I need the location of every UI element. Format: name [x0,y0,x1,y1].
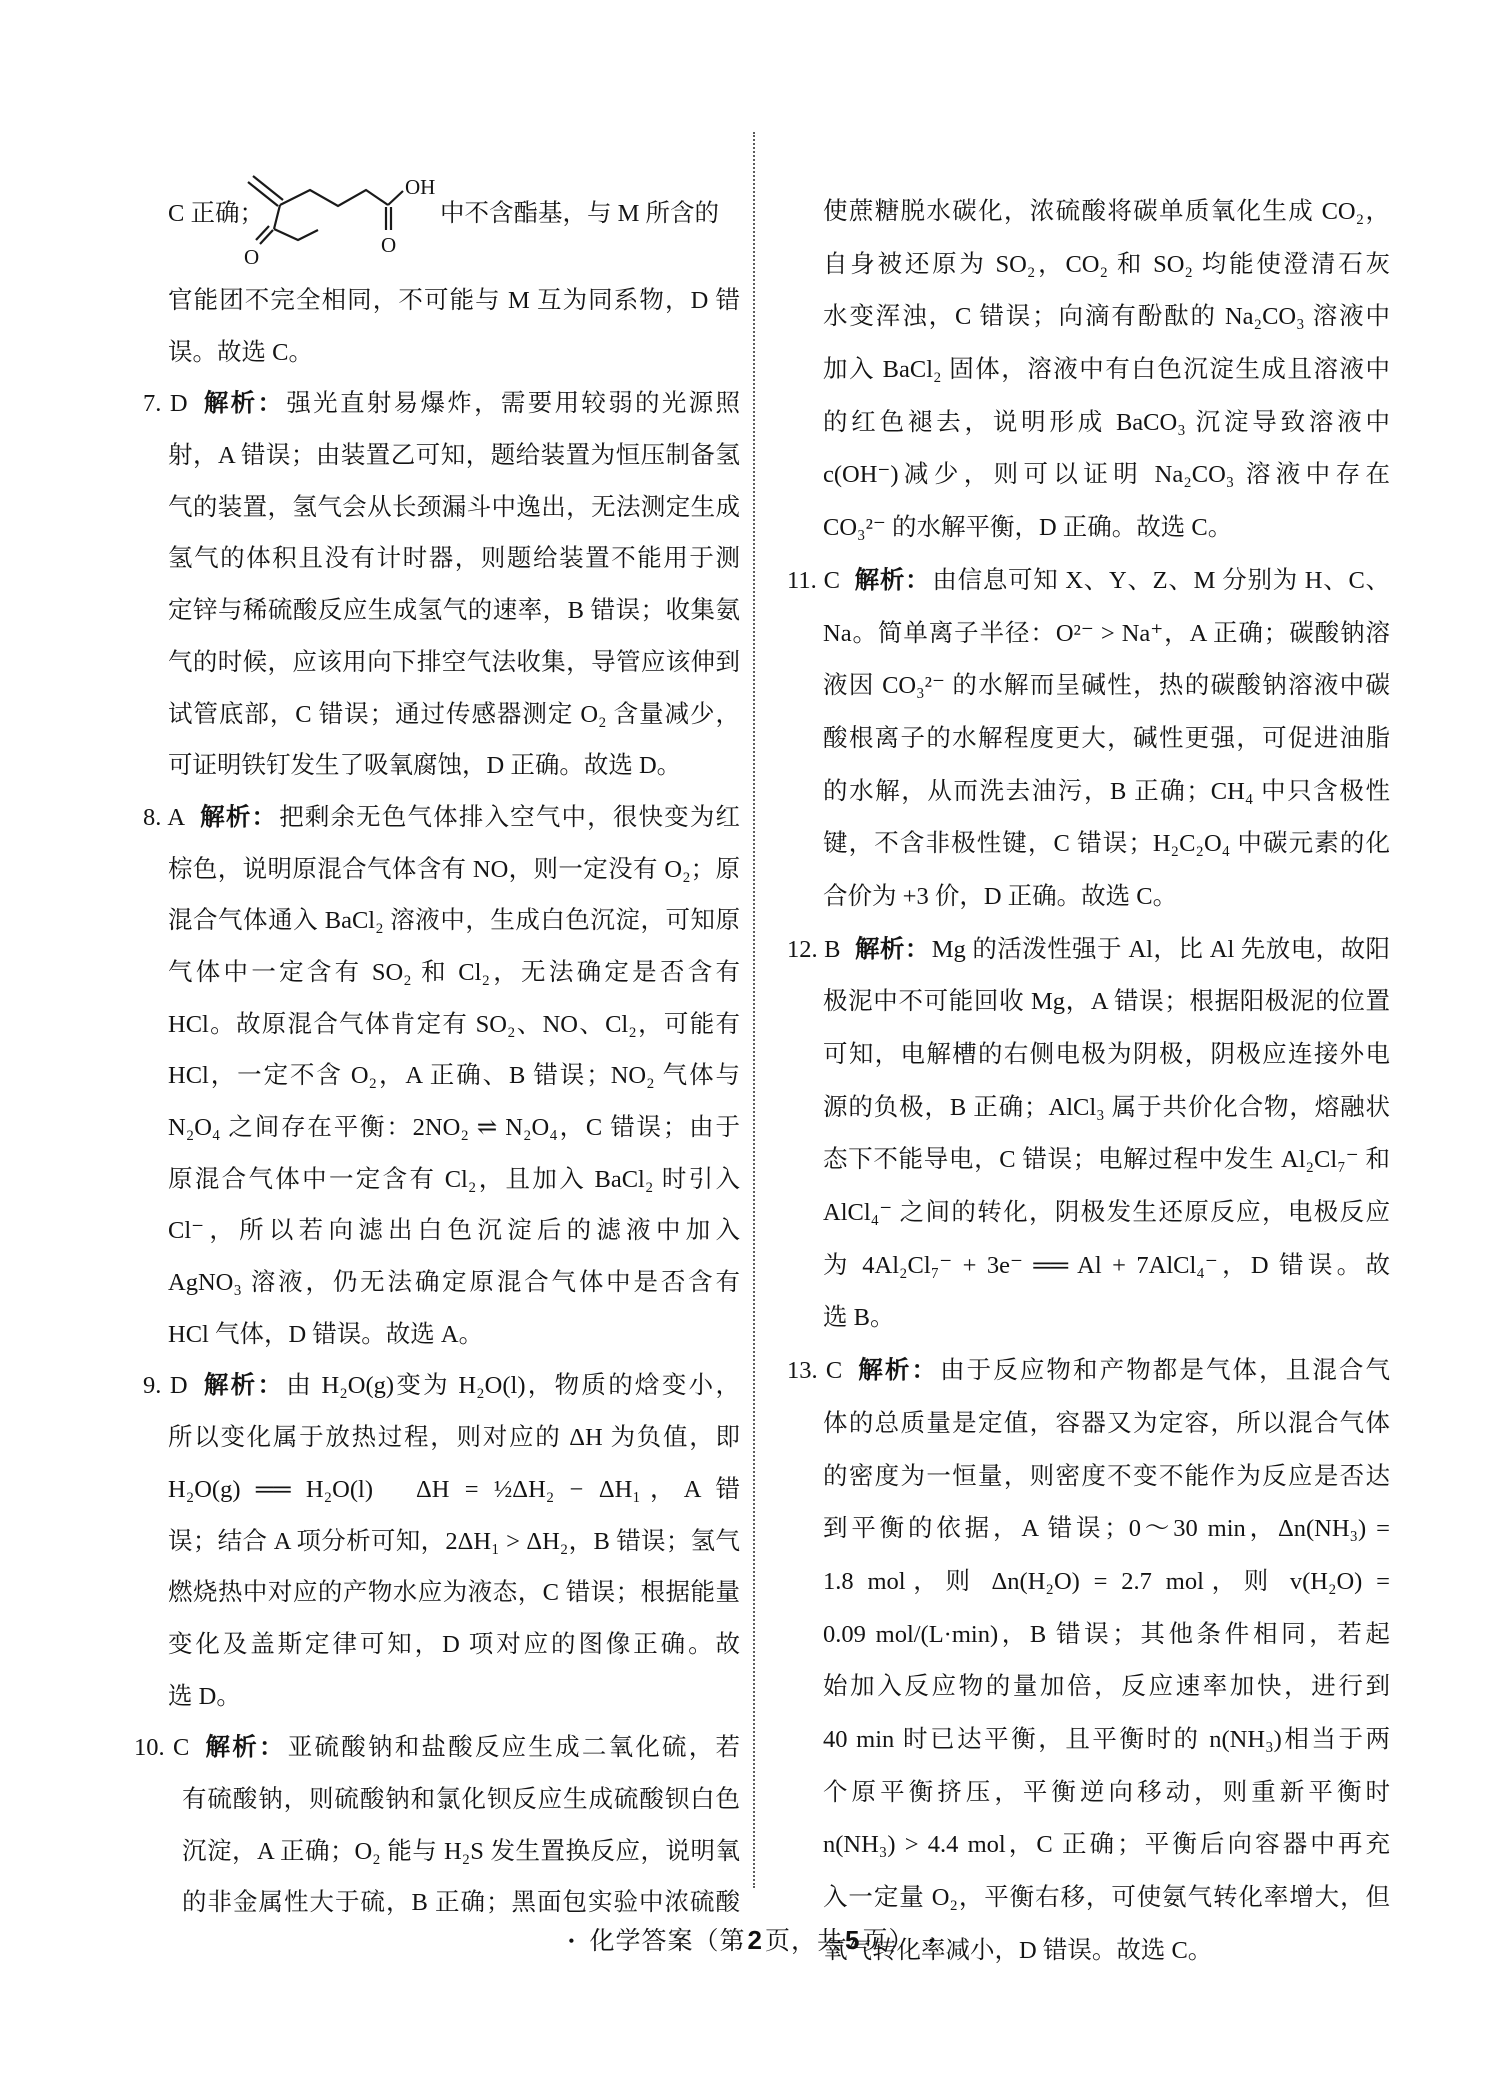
item12-line-7: 为 4Al₂Cl₇⁻ + 3e⁻ ══ Al + 7AlCl₄⁻，D 错误。故 [787,1240,1390,1293]
item12-first-line-text: Mg 的活泼性强于 Al，比 Al 先放电，故阳 [932,936,1390,963]
item9-first-line-text: 由 H₂O(g)变为 H₂O(l)，物质的焓变小， [286,1372,740,1399]
footer-suffix: 页） [862,1928,914,1955]
item12-line-8: 选 B。 [787,1292,1390,1345]
item13-line-3: 的密度为一恒量，则密度不变不能作为反应是否达 [787,1451,1390,1504]
item10-cont-line-1: 使蔗糖脱水碳化，浓硫酸将碳单质氧化生成 CO₂， [787,186,1390,239]
item10-cont-line-7: CO₃²⁻ 的水解平衡，D 正确。故选 C。 [787,502,1390,555]
page-footer: •化学答案（第2页，共5页）• [554,1922,950,1960]
item8-number-answer: 8. A [143,804,185,831]
answer-sheet-page: C 正确； [0,0,1504,2095]
item10-line-3: 沉淀，A 正确；O₂ 能与 H₂S 发生置换反应，说明氧 [122,1826,740,1878]
item10-cont-line-2: 自身被还原为 SO₂，CO₂ 和 SO₂ 均能使澄清石灰 [787,239,1390,292]
item12-line-2: 极泥中不可能回收 Mg，A 错误；根据阳极泥的位置 [787,976,1390,1029]
item8-line-8: 原混合气体中一定含有 Cl₂，且加入 BaCl₂ 时引入 [122,1154,740,1206]
item13-line-6: 0.09 mol/(L·min)，B 错误；其他条件相同，若起 [787,1609,1390,1662]
item11-line-7: 合价为 +3 价，D 正确。故选 C。 [787,871,1390,924]
ketone-oxygen-label: O [244,245,259,269]
item10-number-answer: 10. C [134,1734,189,1761]
structure-line: C 正确； [122,178,740,275]
item12-jiexi-label: 解析： [855,936,930,963]
item8-line-5: HCl。故原混合气体肯定有 SO₂、NO、Cl₂，可能有 [122,999,740,1051]
item10-jiexi-label: 解析： [203,1734,285,1761]
item8-first-line-text: 把剩余无色气体排入空气中，很快变为红 [279,804,740,831]
item9-line-1: 9. D解析：由 H₂O(g)变为 H₂O(l)，物质的焓变小， [122,1360,740,1412]
item8-line-2: 棕色，说明原混合气体含有 NO，则一定没有 O₂；原 [122,844,740,896]
item8-line-3: 混合气体通入 BaCl₂ 溶液中，生成白色沉淀，可知原 [122,895,740,947]
item13-line-4: 到平衡的依据，A 错误；0～30 min，Δn(NH₃) = [787,1503,1390,1556]
item8-line-7: N₂O₄ 之间存在平衡：2NO₂ ⇌ N₂O₄，C 错误；由于 [122,1102,740,1154]
item7-line-4: 氢气的体积且没有计时器，则题给装置不能用于测 [122,533,740,585]
right-column: 使蔗糖脱水碳化，浓硫酸将碳单质氧化生成 CO₂，自身被还原为 SO₂，CO₂ 和… [787,186,1390,1977]
item13-first-line-text: 由于反应物和产物都是气体，且混合气 [940,1357,1390,1384]
item11-number-answer: 11. C [787,567,840,594]
chemical-structure-diagram: O O OH [238,174,438,270]
item13-line-10: n(NH₃) > 4.4 mol，C 正确；平衡后向容器中再充 [787,1819,1390,1872]
item7-line-2: 射，A 错误；由装置乙可知，题给装置为恒压制备氢 [122,430,740,482]
item8-jiexi-label: 解析： [199,804,277,831]
item9-jiexi-label: 解析： [202,1372,285,1399]
item7-jiexi-label: 解析： [202,390,285,417]
item11-line-1: 11. C解析：由信息可知 X、Y、Z、M 分别为 H、C、O、 [787,555,1390,608]
item13-line-1: 13. C解析：由于反应物和产物都是气体，且混合气 [787,1345,1390,1398]
item10-line-2: 有硫酸钠，则硫酸钠和氯化钡反应生成硫酸钡白色 [122,1774,740,1826]
item6-cont-line-1: 官能团不完全相同，不可能与 M 互为同系物，D 错 [122,275,740,327]
item10-line-1: 10. C解析：亚硫酸钠和盐酸反应生成二氧化硫，若 [122,1722,740,1774]
item10-cont-line-3: 水变浑浊，C 错误；向滴有酚酞的 Na₂CO₃ 溶液中 [787,291,1390,344]
footer-prefix: 化学答案（第 [590,1928,746,1955]
item11-line-4: 酸根离子的水解程度更大，碱性更强，可促进油脂 [787,713,1390,766]
item9-number-answer: 9. D [143,1372,188,1399]
item8-line-10: AgNO₃ 溶液，仍无法确定原混合气体中是否含有 [122,1257,740,1309]
footer-total-pages: 5 [843,1925,862,1955]
footer-page-number: 2 [746,1925,765,1955]
item7-line-7: 试管底部，C 错误；通过传感器测定 O₂ 含量减少，即 [122,689,740,741]
item9-line-4: 误；结合 A 项分析可知，2ΔH₁ > ΔH₂，B 错误；氢气 [122,1516,740,1568]
structure-line-suffix: 中不含酯基，与 M 所含的 [440,194,719,234]
item10-cont-line-5: 的红色褪去，说明形成 BaCO₃ 沉淀导致溶液中 [787,397,1390,450]
carboxyl-oxygen-label: O [381,233,396,257]
item7-line-5: 定锌与稀硫酸反应生成氢气的速率，B 错误；收集氨 [122,585,740,637]
item8-line-4: 气体中一定含有 SO₂ 和 Cl₂，无法确定是否含有 [122,947,740,999]
item12-number-answer: 12. B [787,936,841,963]
item12-line-6: AlCl₄⁻ 之间的转化，阴极发生还原反应，电极反应 [787,1187,1390,1240]
item9-line-5: 燃烧热中对应的产物水应为液态，C 错误；根据能量 [122,1567,740,1619]
item13-line-11: 入一定量 O₂，平衡右移，可使氨气转化率增大，但 [787,1872,1390,1925]
item10-first-line-text: 亚硫酸钠和盐酸反应生成二氧化硫，若 [288,1734,740,1761]
item7-first-line-text: 强光直射易爆炸，需要用较弱的光源照 [286,390,740,417]
item10-cont-line-6: c(OH⁻)减少，则可以证明 Na₂CO₃ 溶液中存在 [787,449,1390,502]
item13-line-7: 始加入反应物的量加倍，反应速率加快，进行到 [787,1661,1390,1714]
item11-line-5: 的水解，从而洗去油污，B 正确；CH₄ 中只含极性 [787,766,1390,819]
hydroxyl-label: OH [405,175,435,199]
item10-cont-line-4: 加入 BaCl₂ 固体，溶液中有白色沉淀生成且溶液中 [787,344,1390,397]
item12-line-5: 态下不能导电，C 错误；电解过程中发生 Al₂Cl₇⁻ 和 [787,1134,1390,1187]
item7-line-8: 可证明铁钉发生了吸氧腐蚀，D 正确。故选 D。 [122,740,740,792]
item9-line-7: 选 D。 [122,1671,740,1723]
item9-line-3: H₂O(g) ══ H₂O(l) ΔH = ½ΔH₂ − ΔH₁，A 错 [122,1464,740,1516]
item8-line-11: HCl 气体，D 错误。故选 A。 [122,1309,740,1361]
left-column: C 正确； [122,178,740,1929]
item8-line-6: HCl，一定不含 O₂，A 正确、B 错误；NO₂ 气体与 [122,1050,740,1102]
item9-line-2: 所以变化属于放热过程，则对应的 ΔH 为负值，即 [122,1412,740,1464]
item8-line-9: Cl⁻，所以若向滤出白色沉淀后的滤液中加入 [122,1205,740,1257]
item12-line-4: 源的负极，B 正确；AlCl₃ 属于共价化合物，熔融状 [787,1082,1390,1135]
item13-number-answer: 13. C [787,1357,842,1384]
item7-number-answer: 7. D [143,390,188,417]
footer-right-bullet: • [914,1931,949,1951]
footer-mid: 页，共 [765,1928,843,1955]
item8-line-1: 8. A解析：把剩余无色气体排入空气中，很快变为红 [122,792,740,844]
item11-line-3: 液因 CO₃²⁻ 的水解而呈碱性，热的碳酸钠溶液中碳 [787,660,1390,713]
item7-line-6: 气的时候，应该用向下排空气法收集，导管应该伸到 [122,637,740,689]
item6-cont-line-2: 误。故选 C。 [122,327,740,379]
column-divider [753,132,755,1888]
item11-jiexi-label: 解析： [854,567,930,594]
item12-line-3: 可知，电解槽的右侧电极为阴极，阴极应连接外电 [787,1029,1390,1082]
item7-line-1: 7. D解析：强光直射易爆炸，需要用较弱的光源照 [122,378,740,430]
item12-line-1: 12. B解析：Mg 的活泼性强于 Al，比 Al 先放电，故阳 [787,924,1390,977]
item13-line-9: 个原平衡挤压，平衡逆向移动，则重新平衡时 [787,1767,1390,1820]
item7-line-3: 气的装置，氢气会从长颈漏斗中逸出，无法测定生成 [122,482,740,534]
item13-line-5: 1.8 mol，则 Δn(H₂O) = 2.7 mol，则 v(H₂O) = [787,1556,1390,1609]
item13-line-2: 体的总质量是定值，容器又为定容，所以混合气体 [787,1398,1390,1451]
item13-line-8: 40 min 时已达平衡，且平衡时的 n(NH₃)相当于两 [787,1714,1390,1767]
item11-line-2: Na。简单离子半径：O²⁻ > Na⁺，A 正确；碳酸钠溶 [787,608,1390,661]
item9-line-6: 变化及盖斯定律可知，D 项对应的图像正确。故 [122,1619,740,1671]
item11-line-6: 键，不含非极性键，C 错误；H₂C₂O₄ 中碳元素的化 [787,818,1390,871]
item13-jiexi-label: 解析： [856,1357,938,1384]
footer-left-bullet: • [554,1931,589,1951]
